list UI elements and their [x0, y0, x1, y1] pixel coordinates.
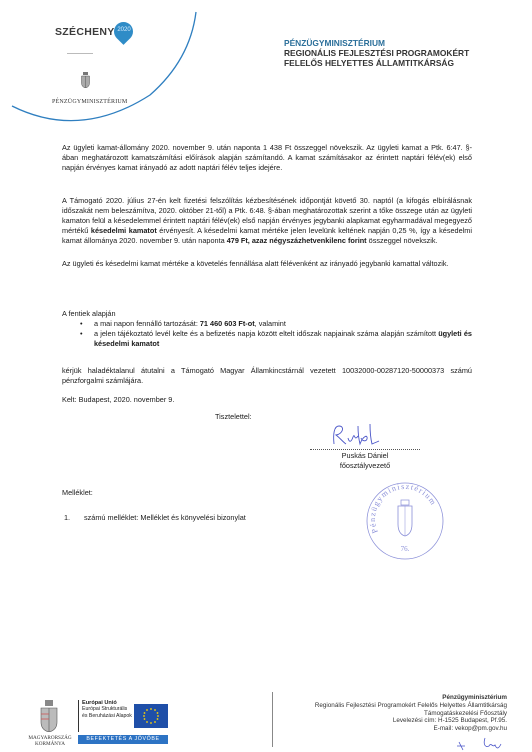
paragraph-rate-change: Az ügyleti és késedelmi kamat mértéke a …: [62, 259, 472, 269]
footer-email: E-mail: vekop@pm.gov.hu: [315, 725, 507, 733]
department-line-2: FELELŐS HELYETTES ÁLLAMTITKÁRSÁG: [284, 58, 469, 68]
list-item: a mai napon fennálló tartozását: 71 460 …: [80, 319, 472, 329]
footer-org-line-3: Támogatáskezelési Főosztály: [315, 710, 507, 718]
hu-gov-line-2: KORMÁNYA: [26, 741, 74, 747]
szechenyi-year: 2020: [115, 27, 133, 33]
text: a jelen tájékoztató levél kelte és a bef…: [94, 329, 438, 338]
paragraph-intro: A fentiek alapján: [62, 309, 472, 319]
paragraph-transaction-interest: Az ügyleti kamat-állomány 2020. november…: [62, 143, 472, 173]
department-line-1: REGIONÁLIS FEJLESZTÉSI PROGRAMOKÉRT: [284, 48, 469, 58]
svg-text:Pénzügyminisztérium: Pénzügyminisztérium: [368, 482, 438, 535]
signer-name: Puskás Dániel: [310, 451, 420, 461]
paragraph-late-interest: A Támogató 2020. július 27-én kelt fizet…: [62, 196, 472, 246]
official-stamp: Pénzügyminisztérium 76.: [364, 480, 446, 562]
eu-funds-label: Európai Unió Európai Strukturális és Ber…: [78, 700, 132, 732]
logo-divider: [67, 53, 93, 54]
footer-address: Levelezési cím: H-1525 Budapest, Pf.95.: [315, 717, 507, 725]
eu-slogan-banner: BEFEKTETÉS A JÖVŐBE: [78, 735, 168, 744]
eu-line-3: és Beruházási Alapok: [82, 713, 132, 719]
attachment-item: 1.számú melléklet: Melléklet és könyvelé…: [64, 513, 246, 522]
attachments-label: Melléklet:: [62, 488, 93, 497]
signer-title: főosztályvezető: [310, 461, 420, 471]
letterhead: PÉNZÜGYMINISZTÉRIUM REGIONÁLIS FEJLESZTÉ…: [284, 38, 469, 68]
hungarian-coat-of-arms-icon: [81, 72, 90, 88]
list-item: a jelen tájékoztató levél kelte és a bef…: [80, 329, 472, 349]
hungarian-government-label: MAGYARORSZÁG KORMÁNYA: [26, 735, 74, 747]
footer-org-line-2: Regionális Fejlesztési Programokért Fele…: [315, 702, 507, 710]
emphasis-late-interest: késedelmi kamatot: [91, 226, 157, 235]
logo-ministry-name: PÉNZÜGYMINISZTÉRIUM: [52, 99, 127, 105]
footer-divider: [272, 692, 273, 747]
eu-flag-icon: [134, 704, 168, 728]
stamp-number: 76.: [401, 545, 410, 553]
payment-items-list: a mai napon fennálló tartozását: 71 460 …: [80, 319, 472, 349]
hungarian-government-coat-icon: [40, 700, 58, 732]
debt-amount: 71 460 603 Ft-ot: [200, 319, 255, 328]
footer-org: Pénzügyminisztérium: [315, 694, 507, 702]
paragraph-transfer-request: kérjük haladéktalanul átutalni a Támogat…: [62, 366, 472, 386]
szechenyi-logo-text: SZÉCHENYI: [55, 26, 118, 38]
stamp-text: Pénzügyminisztérium: [368, 482, 438, 535]
handwritten-initials: [455, 736, 505, 752]
eu-line-2: Európai Strukturális: [82, 706, 132, 712]
emphasis-daily-amount: 479 Ft, azaz négyszázhetvenkilenc forint: [227, 236, 367, 245]
attachment-number: 1.: [64, 513, 84, 522]
text: a mai napon fennálló tartozását:: [94, 319, 200, 328]
header-arc-decoration: [0, 0, 200, 125]
text: , valamint: [255, 319, 286, 328]
handwritten-signature: [330, 422, 380, 448]
attachment-text: számú melléklet: Melléklet és könyvelési…: [84, 513, 246, 522]
signature-line: [310, 449, 420, 450]
text: összeggel növekszik.: [367, 236, 438, 245]
ministry-name: PÉNZÜGYMINISZTÉRIUM: [284, 38, 469, 48]
footer-contact: Pénzügyminisztérium Regionális Fejleszté…: [315, 694, 507, 733]
closing-greeting: Tisztelettel:: [215, 412, 252, 421]
date-line: Kelt: Budapest, 2020. november 9.: [62, 395, 472, 405]
signer-block: Puskás Dániel főosztályvezető: [310, 451, 420, 471]
